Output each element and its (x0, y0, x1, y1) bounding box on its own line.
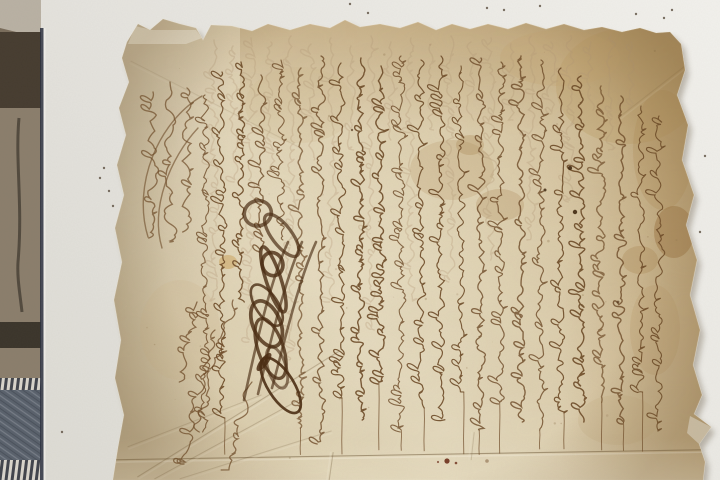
background-clutter (0, 0, 46, 480)
table-edge-highlight (44, 28, 46, 480)
dust-speck (61, 431, 63, 433)
background-webbing (0, 378, 41, 392)
manuscript-photo (0, 0, 720, 480)
table-edge-line (40, 28, 44, 480)
dust-speck (367, 12, 369, 14)
background-khaki-fabric-2 (0, 348, 41, 380)
dust-speck (704, 155, 706, 157)
background-dark-strap (0, 322, 41, 350)
dust-speck (349, 3, 351, 5)
dust-speck (699, 231, 701, 233)
dust-speck (486, 7, 488, 9)
dust-speck (635, 13, 637, 15)
dust-speck (99, 177, 101, 179)
denim-texture (0, 390, 41, 462)
dust-speck (112, 205, 114, 207)
dust-speck (539, 5, 541, 7)
dust-speck (108, 190, 110, 192)
background-dark-bag (0, 32, 41, 112)
dust-speck (503, 9, 505, 11)
dust-speck (103, 167, 105, 169)
dust-speck (671, 9, 673, 11)
paper-vignette (100, 0, 720, 480)
background-webbing-2 (0, 460, 41, 480)
dust-speck (663, 17, 665, 19)
paper-surface-layers (100, 0, 720, 480)
